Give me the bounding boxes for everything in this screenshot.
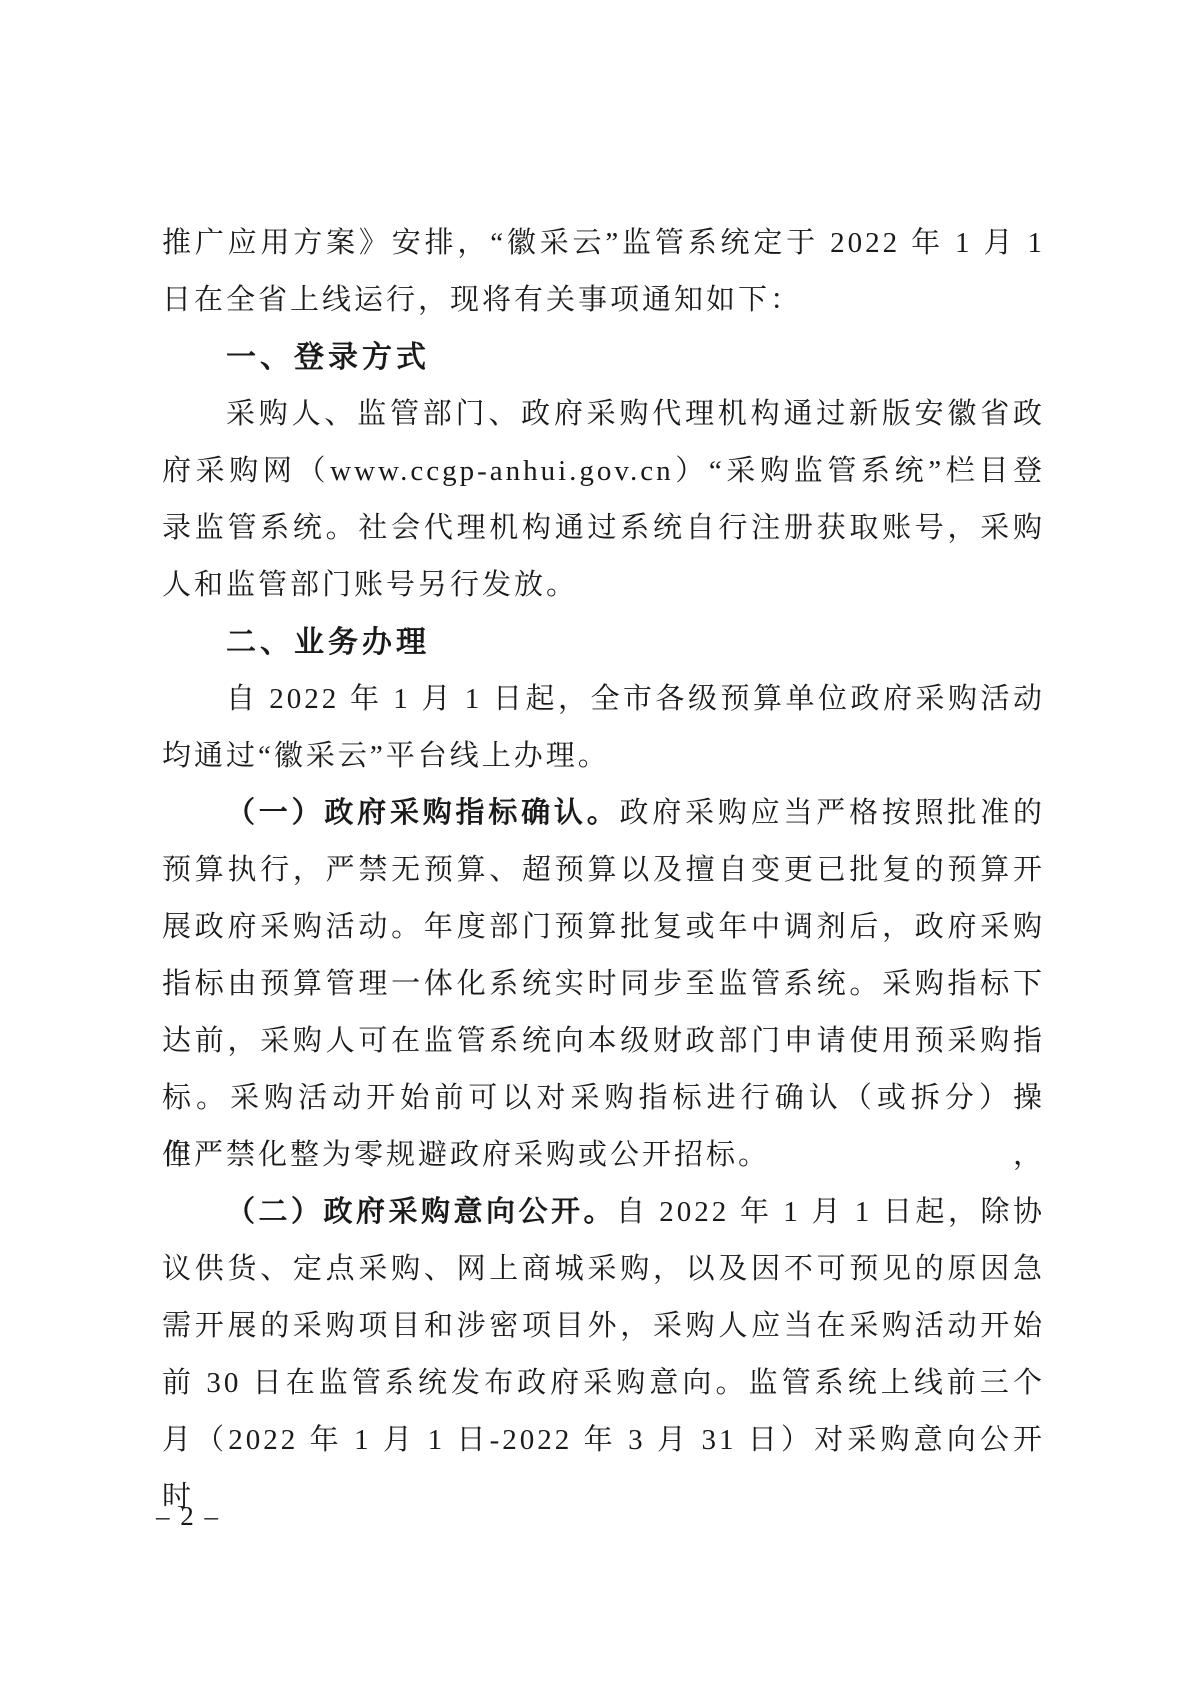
document-page: 推广应用方案》安排，“徽采云”监管系统定于 2022 年 1 月 1日在全省上线… <box>0 0 1191 1684</box>
text-line: 展政府采购活动。年度部门预算批复或年中调剂后，政府采购 <box>162 899 1045 956</box>
text-segment: 月（2022 年 1 月 1 日-2022 年 3 月 31 日）对采购意向公开… <box>162 1424 1045 1513</box>
section-heading: 一、登录方式 <box>162 329 1045 386</box>
text-line: 采购人、监管部门、政府采购代理机构通过新版安徽省政 <box>162 386 1045 443</box>
text-line: 录监管系统。社会代理机构通过系统自行注册获取账号，采购 <box>162 500 1045 557</box>
text-line: 指标由预算管理一体化系统实时同步至监管系统。采购指标下 <box>162 956 1045 1013</box>
text-segment: 展政府采购活动。年度部门预算批复或年中调剂后，政府采购 <box>162 911 1045 943</box>
text-line: 推广应用方案》安排，“徽采云”监管系统定于 2022 年 1 月 1 <box>162 215 1045 272</box>
text-segment: 但严禁化整为零规避政府采购或公开招标。 <box>162 1139 770 1171</box>
text-line: 自 2022 年 1 月 1 日起，全市各级预算单位政府采购活动 <box>162 671 1045 728</box>
text-segment: 政府采购应当严格按照批准的 <box>620 797 1046 829</box>
text-line: 达前，采购人可在监管系统向本级财政部门申请使用预采购指 <box>162 1013 1045 1070</box>
section-heading: 二、业务办理 <box>162 614 1045 671</box>
text-segment: 均通过“徽采云”平台线上办理。 <box>162 740 610 772</box>
text-segment: 自 2022 年 1 月 1 日起，全市各级预算单位政府采购活动 <box>226 683 1045 715</box>
text-line: 需开展的采购项目和涉密项目外，采购人应当在采购活动开始 <box>162 1298 1045 1355</box>
text-line: 府采购网（www.ccgp-anhui.gov.cn）“采购监管系统”栏目登 <box>162 443 1045 500</box>
text-segment: 议供货、定点采购、网上商城采购，以及因不可预见的原因急 <box>162 1253 1045 1285</box>
text-segment: 自 2022 年 1 月 1 日起，除协 <box>616 1196 1045 1228</box>
text-line: 月（2022 年 1 月 1 日-2022 年 3 月 31 日）对采购意向公开… <box>162 1412 1045 1469</box>
text-segment: 采购人、监管部门、政府采购代理机构通过新版安徽省政 <box>226 398 1045 430</box>
text-line: 议供货、定点采购、网上商城采购，以及因不可预见的原因急 <box>162 1241 1045 1298</box>
text-segment: 达前，采购人可在监管系统向本级财政部门申请使用预采购指 <box>162 1025 1045 1057</box>
text-line: 前 30 日在监管系统发布政府采购意向。监管系统上线前三个 <box>162 1355 1045 1412</box>
text-segment: 预算执行，严禁无预算、超预算以及擅自变更已批复的预算开 <box>162 854 1045 886</box>
text-line: （一）政府采购指标确认。政府采购应当严格按照批准的 <box>162 785 1045 842</box>
document-body: 推广应用方案》安排，“徽采云”监管系统定于 2022 年 1 月 1日在全省上线… <box>162 215 1045 1469</box>
text-line: 人和监管部门账号另行发放。 <box>162 557 1045 614</box>
bold-run-in-heading: （一）政府采购指标确认。 <box>226 797 620 829</box>
text-segment: 前 30 日在监管系统发布政府采购意向。监管系统上线前三个 <box>162 1367 1045 1399</box>
text-line: 均通过“徽采云”平台线上办理。 <box>162 728 1045 785</box>
text-segment: 指标由预算管理一体化系统实时同步至监管系统。采购指标下 <box>162 968 1045 1000</box>
text-segment: 需开展的采购项目和涉密项目外，采购人应当在采购活动开始 <box>162 1310 1045 1342</box>
text-segment: 人和监管部门账号另行发放。 <box>162 569 578 601</box>
text-segment: 推广应用方案》安排，“徽采云”监管系统定于 2022 年 1 月 1 <box>162 227 1045 259</box>
text-segment: 府采购网（www.ccgp-anhui.gov.cn）“采购监管系统”栏目登 <box>162 455 1045 487</box>
page-number: – 2 – <box>156 1498 220 1534</box>
text-line: 标。采购活动开始前可以对采购指标进行确认（或拆分）操作， <box>162 1070 1045 1127</box>
text-line: 日在全省上线运行，现将有关事项通知如下： <box>162 272 1045 329</box>
text-segment: 日在全省上线运行，现将有关事项通知如下： <box>162 284 802 316</box>
bold-run-in-heading: （二）政府采购意向公开。 <box>226 1196 616 1228</box>
text-line: （二）政府采购意向公开。自 2022 年 1 月 1 日起，除协 <box>162 1184 1045 1241</box>
text-segment: 录监管系统。社会代理机构通过系统自行注册获取账号，采购 <box>162 512 1045 544</box>
text-line: 预算执行，严禁无预算、超预算以及擅自变更已批复的预算开 <box>162 842 1045 899</box>
